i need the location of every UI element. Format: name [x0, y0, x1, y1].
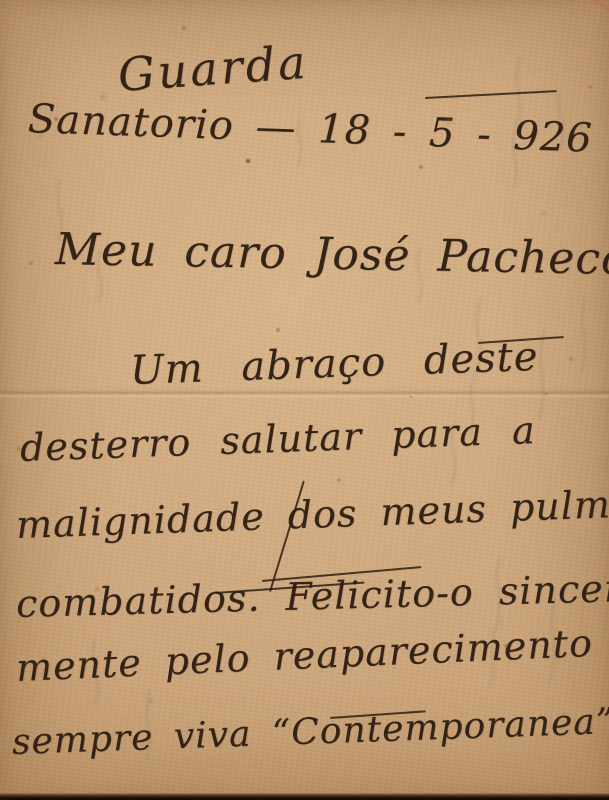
- paper-stains: [0, 0, 2, 2]
- letter-sheet: Guarda Sanatorio — 18 - 5 - 926 Meu caro…: [0, 0, 609, 800]
- letter-body-line-6: sempre viva “Contemporanea”, agora: [11, 696, 609, 763]
- letter-body-line-2: desterro salutar para a: [19, 408, 536, 470]
- fold-crease: [0, 390, 609, 398]
- letter-body-line-3: malignidade dos meus pulmões: [15, 480, 609, 547]
- corner-mark: [589, 0, 609, 17]
- pen-flourish: [425, 90, 557, 99]
- letter-salutation: Meu caro José Pacheco: [55, 224, 609, 285]
- letter-place: Guarda: [116, 35, 310, 102]
- letter-dateline: Sanatorio — 18 - 5 - 926: [27, 96, 593, 162]
- letter-body-line-5: mente pelo reaparecimento da: [15, 618, 609, 690]
- scan-edge: [0, 793, 609, 800]
